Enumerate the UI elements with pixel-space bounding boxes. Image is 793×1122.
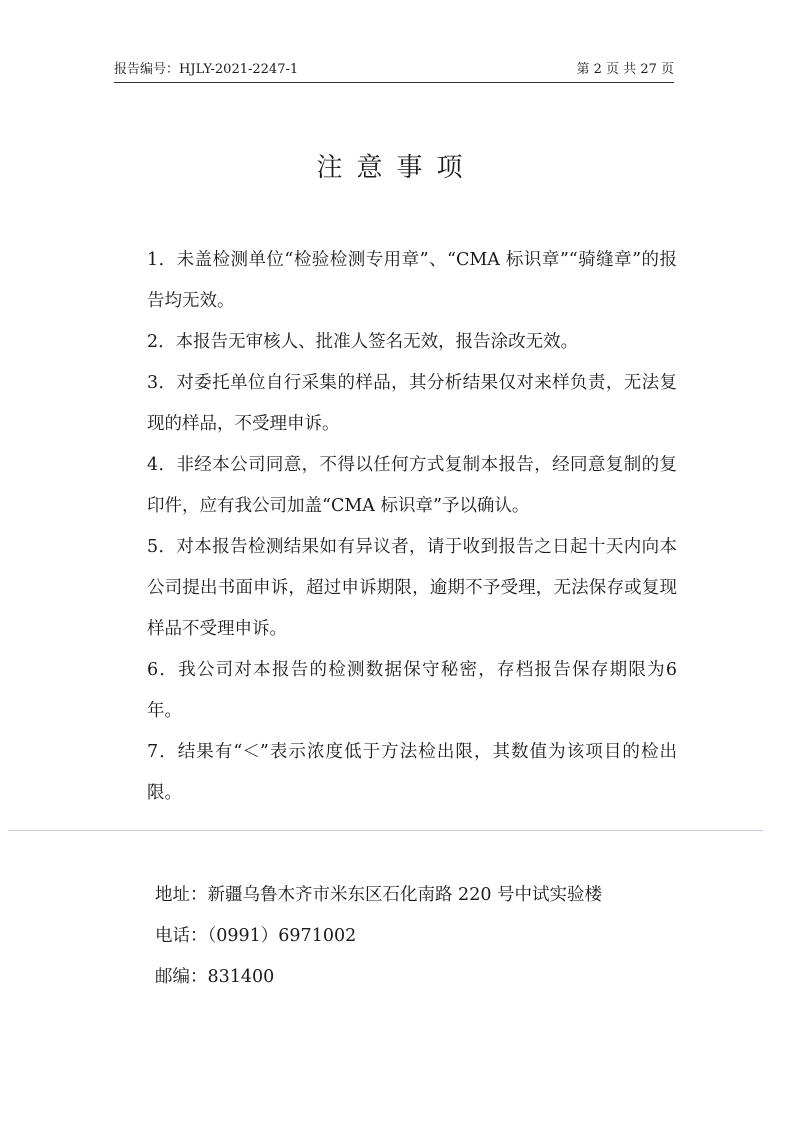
phone: 电话：（0991）6971002 xyxy=(155,916,602,957)
address: 地址：新疆乌鲁木齐市米东区石化南路 220 号中试实验楼 xyxy=(155,875,602,916)
report-number-value: HJLY-2021-2247-1 xyxy=(179,62,298,77)
note-item: 3．对委托单位自行采集的样品，其分析结果仅对来样负责，无法复现的样品，不受理申诉… xyxy=(147,363,677,445)
note-item: 4．非经本公司同意，不得以任何方式复制本报告，经同意复制的复印件，应有我公司加盖… xyxy=(147,445,677,527)
note-item: 2．本报告无审核人、批准人签名无效，报告涂改无效。 xyxy=(147,322,677,363)
note-item: 1．未盖检测单位“检验检测专用章”、“CMA 标识章”“骑缝章”的报告均无效。 xyxy=(147,240,677,322)
contact-info: 地址：新疆乌鲁木齐市米东区石化南路 220 号中试实验楼 电话：（0991）69… xyxy=(155,875,602,998)
page-info: 第 2 页 共 27 页 xyxy=(577,60,674,80)
note-item: 5．对本报告检测结果如有异议者，请于收到报告之日起十天内向本公司提出书面申诉，超… xyxy=(147,527,677,650)
page-header: 报告编号：HJLY-2021-2247-1 第 2 页 共 27 页 xyxy=(114,60,674,83)
notes-list: 1．未盖检测单位“检验检测专用章”、“CMA 标识章”“骑缝章”的报告均无效。 … xyxy=(147,240,677,814)
note-item: 7．结果有“＜”表示浓度低于方法检出限，其数值为该项目的检出限。 xyxy=(147,732,677,814)
note-item: 6．我公司对本报告的检测数据保守秘密，存档报告保存期限为6 年。 xyxy=(147,650,677,732)
postcode: 邮编：831400 xyxy=(155,957,602,998)
report-number: 报告编号：HJLY-2021-2247-1 xyxy=(114,60,298,80)
page-title: 注意事项 xyxy=(0,150,793,186)
divider xyxy=(8,830,763,831)
report-number-label: 报告编号： xyxy=(114,62,179,77)
